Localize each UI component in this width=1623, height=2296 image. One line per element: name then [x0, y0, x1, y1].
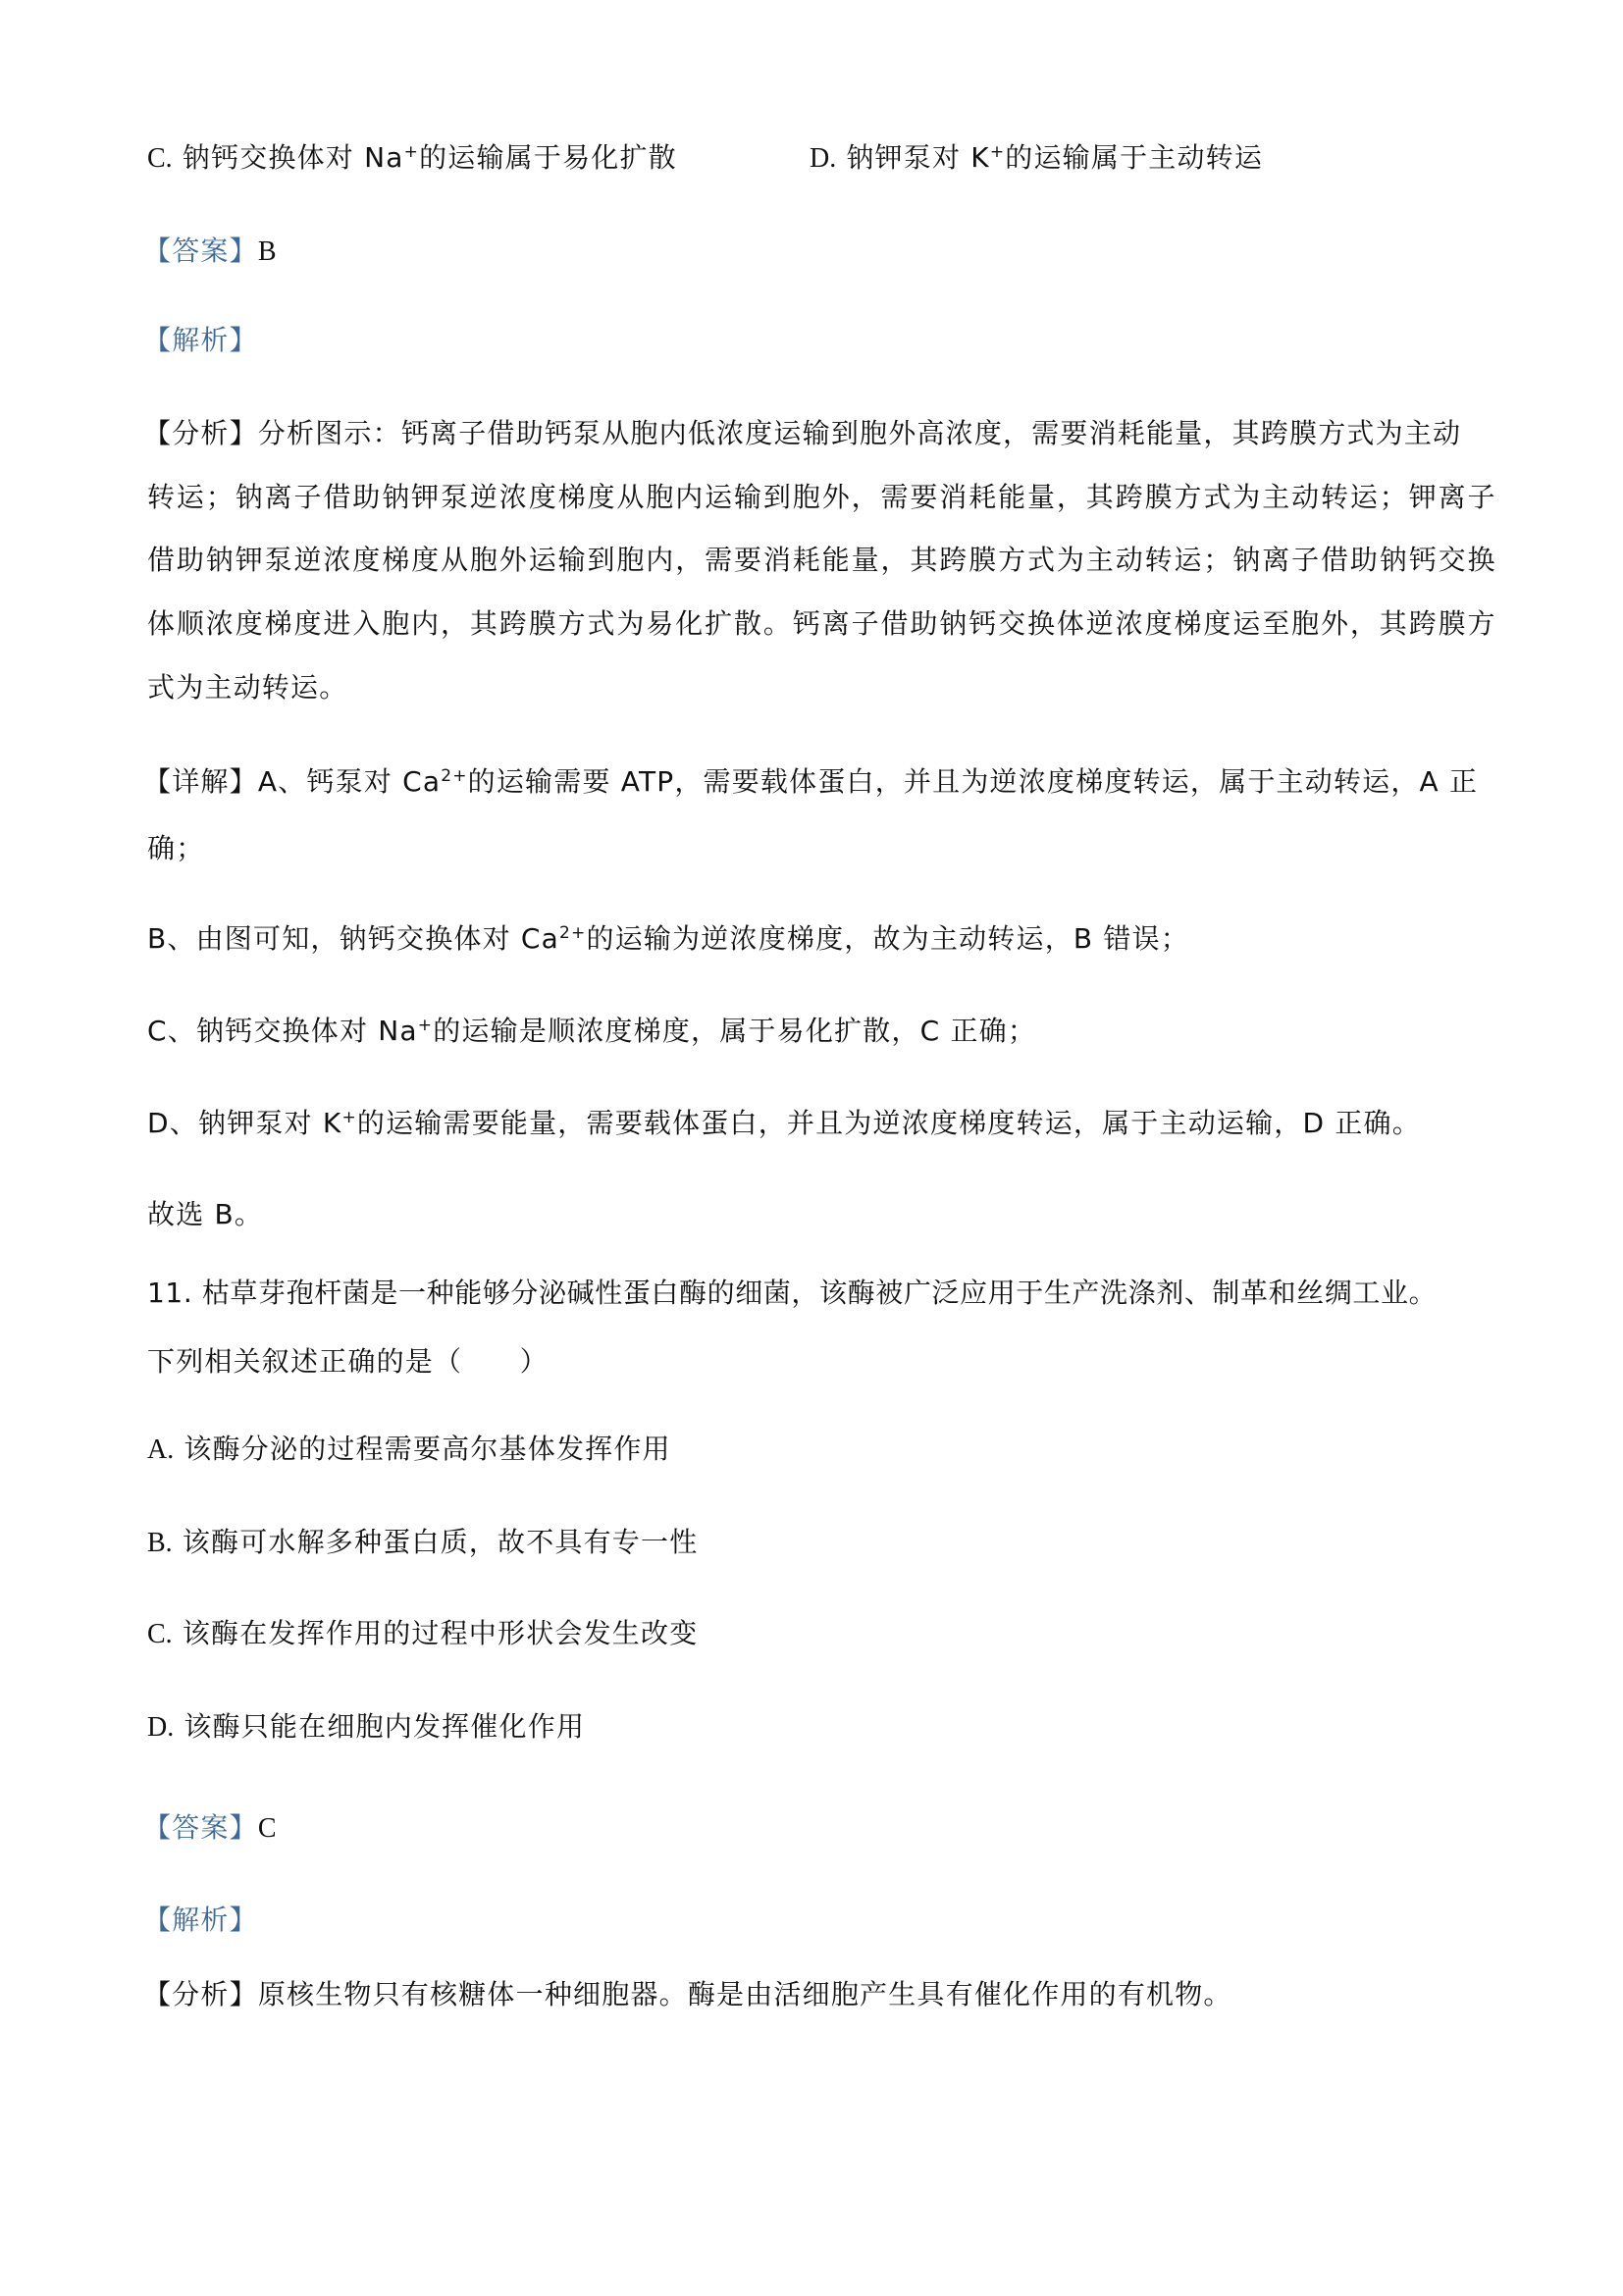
superscript: + — [418, 1016, 433, 1035]
xiangjie-label: 【详解】 — [143, 765, 258, 798]
answer-row-prev: 【答案】B — [143, 232, 277, 271]
fenxi-q11: 【分析】原核生物只有核糖体一种细胞器。酶是由活细胞产生具有催化作用的有机物。 — [143, 1975, 1232, 2014]
conclusion: 故选 B。 — [147, 1195, 263, 1234]
xiangjie-a-tail: 的运输需要 ATP，需要载体蛋白，并且为逆浓度梯度转运，属于主动转运，A 正 — [468, 765, 1479, 798]
xiangjie-b-tail: 的运输为逆浓度梯度，故为主动转运，B 错误； — [587, 922, 1190, 955]
answer-label: 【答案】 — [143, 235, 258, 267]
fenxi-line-3: 借助钠钾泵逆浓度梯度从胞外运输到胞内，需要消耗能量，其跨膜方式为主动转运；钠离子… — [147, 541, 1496, 580]
xiangjie-d-tail: 的运输需要能量，需要载体蛋白，并且为逆浓度梯度转运，属于主动运输，D 正确。 — [357, 1107, 1421, 1139]
xiangjie-c: C、钠钙交换体对 Na+的运输是顺浓度梯度，属于易化扩散，C 正确； — [147, 1012, 1036, 1051]
xiangjie-c-tail: 的运输是顺浓度梯度，属于易化扩散，C 正确； — [433, 1015, 1036, 1047]
question-11-option-a[interactable]: A. 该酶分泌的过程需要高尔基体发挥作用 — [147, 1430, 671, 1469]
option-letter: D. — [147, 1712, 174, 1743]
analysis-label: 【解析】 — [143, 1904, 258, 1936]
xiangjie-a-cont: 确； — [147, 829, 204, 868]
option-text: 该酶可水解多种蛋白质，故不具有专一性 — [183, 1526, 699, 1558]
question-11-stem-line-1: 11. 枯草芽孢杆菌是一种能够分泌碱性蛋白酶的细菌，该酶被广泛应用于生产洗涤剂、… — [147, 1274, 1437, 1313]
superscript: 2+ — [441, 766, 467, 786]
option-d-prev: D. 钠钾泵对 K+的运输属于主动转运 — [810, 138, 1263, 178]
answer-row-q11: 【答案】C — [143, 1808, 277, 1848]
option-text: 钠钾泵对 K — [846, 141, 989, 174]
fenxi-label: 【分析】 — [143, 1978, 258, 2010]
analysis-label-prev: 【解析】 — [143, 321, 258, 360]
superscript: + — [404, 142, 419, 162]
answer-label: 【答案】 — [143, 1811, 258, 1844]
fenxi-label: 【分析】 — [143, 417, 258, 449]
xiangjie-c-text: C、钠钙交换体对 Na — [147, 1015, 418, 1047]
answer-value: C — [258, 1813, 277, 1844]
fenxi-line-2: 转运；钠离子借助钠钾泵逆浓度梯度从胞内运输到胞外，需要消耗能量，其跨膜方式为主动… — [147, 478, 1496, 517]
option-text-tail: 的运输属于易化扩散 — [419, 141, 677, 174]
option-text: 该酶分泌的过程需要高尔基体发挥作用 — [183, 1433, 670, 1465]
xiangjie-b-text: B、由图可知，钠钙交换体对 Ca — [147, 922, 559, 955]
superscript: + — [990, 142, 1005, 162]
fenxi-line-4: 体顺浓度梯度进入胞内，其跨膜方式为易化扩散。钙离子借助钠钙交换体逆浓度梯度运至胞… — [147, 604, 1496, 644]
xiangjie-a: 【详解】A、钙泵对 Ca2+的运输需要 ATP，需要载体蛋白，并且为逆浓度梯度转… — [143, 762, 1478, 802]
analysis-label: 【解析】 — [143, 324, 258, 356]
xiangjie-d-text: D、钠钾泵对 K — [147, 1107, 341, 1139]
option-c-prev: C. 钠钙交换体对 Na+的运输属于易化扩散 — [147, 138, 677, 178]
question-11-stem-line-2: 下列相关叙述正确的是（ ） — [147, 1342, 549, 1382]
option-letter: A. — [147, 1435, 174, 1465]
option-text-tail: 的运输属于主动转运 — [1005, 141, 1263, 174]
question-11-option-d[interactable]: D. 该酶只能在细胞内发挥催化作用 — [147, 1707, 585, 1747]
fenxi-text: 原核生物只有核糖体一种细胞器。酶是由活细胞产生具有催化作用的有机物。 — [258, 1978, 1232, 2010]
fenxi-line-5: 式为主动转运。 — [147, 668, 347, 707]
xiangjie-d: D、钠钾泵对 K+的运输需要能量，需要载体蛋白，并且为逆浓度梯度转运，属于主动运… — [147, 1104, 1421, 1143]
option-text: 该酶在发挥作用的过程中形状会发生改变 — [183, 1617, 699, 1649]
answer-value: B — [258, 236, 277, 267]
option-letter: C. — [147, 1619, 173, 1649]
option-letter: C. — [147, 143, 173, 174]
fenxi-text: 分析图示：钙离子借助钙泵从胞内低浓度运输到胞外高浓度，需要消耗能量，其跨膜方式为… — [258, 417, 1461, 449]
option-text: 该酶只能在细胞内发挥催化作用 — [183, 1710, 585, 1743]
superscript: + — [341, 1108, 356, 1127]
option-letter: B. — [147, 1528, 173, 1558]
analysis-label-q11: 【解析】 — [143, 1901, 258, 1940]
question-11-option-b[interactable]: B. 该酶可水解多种蛋白质，故不具有专一性 — [147, 1523, 698, 1562]
fenxi-line-1: 【分析】分析图示：钙离子借助钙泵从胞内低浓度运输到胞外高浓度，需要消耗能量，其跨… — [143, 414, 1461, 453]
option-text: 钠钙交换体对 Na — [183, 141, 404, 174]
xiangjie-b: B、由图可知，钠钙交换体对 Ca2+的运输为逆浓度梯度，故为主动转运，B 错误； — [147, 919, 1189, 959]
superscript: 2+ — [559, 923, 586, 943]
xiangjie-a-text: A、钙泵对 Ca — [258, 765, 441, 798]
question-11-option-c[interactable]: C. 该酶在发挥作用的过程中形状会发生改变 — [147, 1614, 698, 1653]
option-letter: D. — [810, 143, 836, 174]
